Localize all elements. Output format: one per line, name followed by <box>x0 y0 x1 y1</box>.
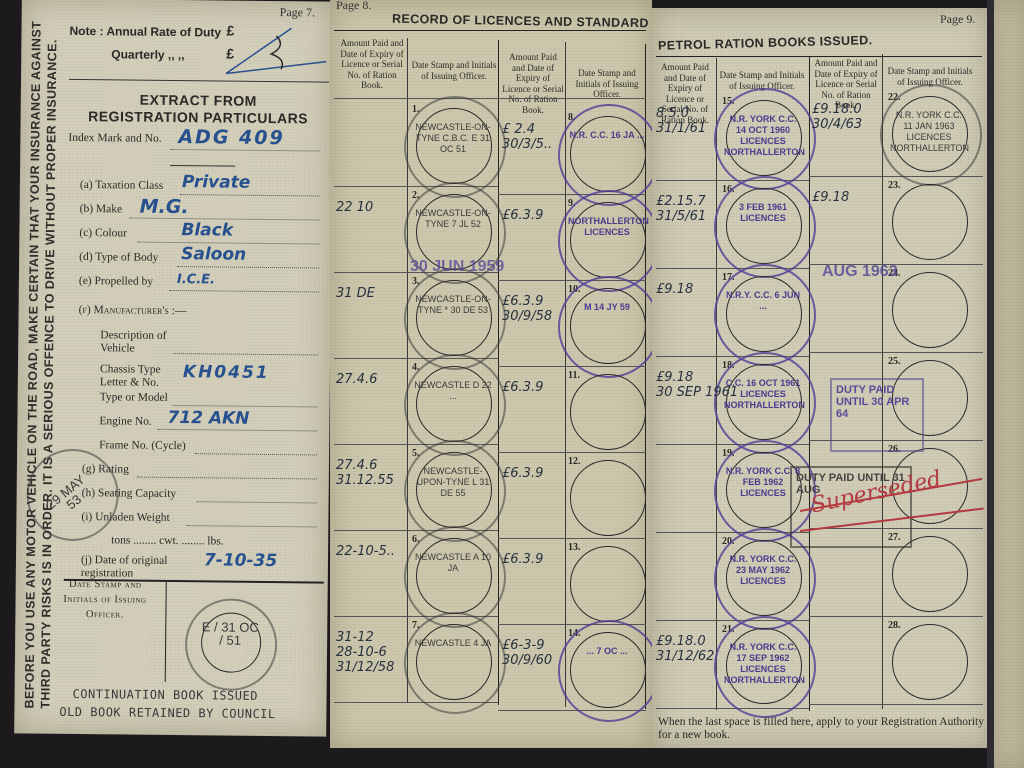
amount-paid: £6.3.9 <box>502 208 543 223</box>
stamp-text: N.R. C.C. 16 JA ... <box>568 130 646 141</box>
amount-paid: £9.18 <box>656 282 693 297</box>
dotted-line <box>180 193 320 196</box>
page-10-edge <box>994 0 1024 768</box>
field-propelled-by: (e) Propelled by <box>79 275 153 288</box>
field-label: (a) Taxation Class <box>80 179 163 192</box>
field-taxation-class: (a) Taxation Class <box>80 179 163 192</box>
dotted-line <box>173 404 318 408</box>
slot-number: 11. <box>568 370 580 381</box>
field-value-body-type: Saloon <box>181 244 246 265</box>
field-label: (e) Propelled by <box>79 275 153 288</box>
council-date-stamp <box>558 276 660 378</box>
field-engine-no: Engine No. <box>99 415 152 428</box>
slot-number: 25. <box>888 356 901 367</box>
date-stamp-label: Date Stamp and Initials of Issuing Offic… <box>57 577 152 623</box>
overstamp-aug: AUG 1963 <box>822 263 898 281</box>
amount-paid: £6-3-9 30/9/60 <box>502 638 552 668</box>
stamp-circle <box>570 374 646 450</box>
stamp-circle <box>892 624 968 700</box>
field-label: Chassis Type Letter & No. <box>100 363 161 389</box>
amount-paid: £6.3.9 <box>502 380 543 395</box>
field-value-propelled-by: I.C.E. <box>177 272 215 287</box>
amount-paid: 31 DE <box>336 286 375 301</box>
stamp-text: NEWCASTLE A 10 JA <box>414 552 492 574</box>
slot-number: 28. <box>888 620 901 631</box>
field-index-mark: Index Mark and No. <box>68 132 161 145</box>
stamp-text: NEWCASTLE 4 JA <box>414 638 492 649</box>
record-title: RECORD OF LICENCES AND STANDARD <box>392 12 649 30</box>
stamp-text: ... 7 OC ... <box>568 646 646 657</box>
council-date-stamp <box>714 264 816 366</box>
divider <box>165 582 167 682</box>
footer-instruction: When the last space is filled here, appl… <box>658 716 984 742</box>
column-header-amount: Amount Paid and Date of Expiry of Licenc… <box>340 38 404 91</box>
field-label: tons ........ cwt. ........ lbs. <box>111 534 224 547</box>
dotted-line <box>177 265 319 268</box>
slot-number: 12. <box>568 456 581 467</box>
field-value-make: M.G. <box>140 196 189 219</box>
stamp-text: N.R. YORK C.C. 23 MAY 1962 LICENCES <box>724 554 802 587</box>
row-rule <box>498 538 646 539</box>
stamp-text: N.R.Y. C.C. 6 JUN ... <box>724 290 802 312</box>
dotted-line <box>169 289 319 293</box>
field-label: (b) Make <box>80 203 123 215</box>
field-description: Description of Vehicle <box>100 329 170 356</box>
field-label: (d) Type of Body <box>79 251 158 264</box>
row-rule <box>656 56 982 57</box>
amount-paid: £9.18 <box>812 190 849 205</box>
row-rule <box>334 30 646 31</box>
stamp-text: NEWCASTLE D 22 ... <box>414 380 492 402</box>
council-stamp-date: E / 31 OC / 51 <box>201 620 259 647</box>
amount-paid: £2.15.7 31/5/61 <box>656 194 706 224</box>
slot-number: 13. <box>568 542 581 553</box>
amount-paid: £9.18.0 30/4/63 <box>812 102 862 132</box>
dotted-line <box>173 352 318 356</box>
field-weight-units: tons ........ cwt. ........ lbs. <box>111 534 224 547</box>
stamp-text: M 14 JY 59 <box>568 302 646 313</box>
dotted-line <box>137 476 317 480</box>
stamp-text: N.R. YORK C.C. 11 JAN 1963 LICENCES NORT… <box>890 110 968 154</box>
stamp-text: NORTHALLERTON LICENCES <box>568 216 646 238</box>
continuation-note-line-2: OLD BOOK RETAINED BY COUNCIL <box>59 705 275 721</box>
annual-duty-label: Note : Annual Rate of Duty <box>69 24 221 40</box>
row-rule <box>809 616 983 617</box>
amount-paid: 27.4.6 <box>336 372 377 387</box>
page-9-petrol-ration: Page 9. PETROL RATION BOOKS ISSUED. Amou… <box>652 8 990 748</box>
stamp-text: NEWCASTLE-UPON-TYNE L 31 DE 55 <box>414 466 492 499</box>
amount-paid: 27.4.6 31.12.55 <box>336 458 394 488</box>
pen-strike-icon <box>221 15 332 81</box>
row-rule <box>809 704 983 705</box>
field-value-index-mark: ADG 409 <box>178 126 285 149</box>
field-type-model: Type or Model <box>100 391 168 404</box>
stamp-circle <box>892 184 968 260</box>
field-manufacturers: (f) Manufacturer's :— <box>79 304 187 317</box>
column-header-stamp: Date Stamp and Initials of Issuing Offic… <box>568 68 646 100</box>
field-chassis: Chassis Type Letter & No. <box>100 363 178 390</box>
slot-number: 23. <box>888 180 901 191</box>
amount-paid: 22 10 <box>336 200 373 215</box>
field-value-colour: Black <box>181 220 233 241</box>
field-value-original-registration: 7-10-35 <box>204 550 277 571</box>
stamp-text: N.R. YORK C.C. 17 SEP 1962 LICENCES NORT… <box>724 642 802 686</box>
field-label: Index Mark and No. <box>68 132 161 145</box>
field-value-taxation-class: Private <box>182 172 251 193</box>
amount-paid: 8.5.0 31/1/61 <box>656 106 706 136</box>
field-label: (j) Date of original registration <box>81 554 168 580</box>
page-number: Page 8. <box>336 0 371 13</box>
stamp-text: NEWCASTLE-ON-TYNE C.B.C. E 31 OC 51 <box>414 122 492 155</box>
petrol-ration-title: PETROL RATION BOOKS ISSUED. <box>658 33 873 53</box>
amount-paid: £6.3.9 30/9/58 <box>502 294 552 324</box>
field-body-type: (d) Type of Body <box>79 251 158 264</box>
column-header-stamp: Date Stamp and Initials of Issuing Offic… <box>410 60 498 81</box>
council-date-stamp <box>558 620 660 722</box>
amount-paid: £9.18.0 31/12/62 <box>656 634 714 664</box>
amount-paid: £6.3.9 <box>502 466 543 481</box>
stamp-circle <box>892 272 968 348</box>
quarterly-duty-label: Quarterly ,, ,, <box>111 47 185 62</box>
extract-title-line-2: REGISTRATION PARTICULARS <box>76 108 321 128</box>
continuation-note-line-1: CONTINUATION BOOK ISSUED <box>73 687 259 703</box>
amount-paid: £6.3.9 <box>502 552 543 567</box>
field-value-chassis: KH0451 <box>183 362 270 383</box>
amount-paid: 22-10-5.. <box>336 544 395 559</box>
stamp-text: 3 FEB 1961 LICENCES <box>724 202 802 224</box>
row-rule <box>334 98 646 99</box>
page-8-licence-record: Page 8. RECORD OF LICENCES AND STANDARD … <box>330 0 652 748</box>
council-date-stamp <box>714 176 816 278</box>
stamp-text: NEWCASTLE-ON-TYNE 7 JL 52 <box>414 208 492 230</box>
amount-paid: 31-12 28-10-6 31/12/58 <box>336 630 394 675</box>
field-label: (f) Manufacturer's :— <box>79 304 187 317</box>
field-colour: (c) Colour <box>79 227 127 239</box>
row-rule <box>498 452 646 453</box>
extract-title: EXTRACT FROM REGISTRATION PARTICULARS <box>76 91 321 128</box>
column-header-amount: Amount Paid and Date of Expiry of Licenc… <box>502 52 564 115</box>
duty-paid-stamp-1: DUTY PAID UNTIL 30 APR 64 <box>830 378 924 452</box>
divider <box>170 165 235 167</box>
overstamp-date: 30 JUN 1959 <box>410 258 504 276</box>
page-number: Page 9. <box>940 12 975 27</box>
field-frame-no: Frame No. (Cycle) <box>99 439 186 452</box>
field-make: (b) Make <box>80 203 123 215</box>
field-value-engine-no: 712 AKN <box>167 408 249 429</box>
stamp-text: N.R. YORK C.C. 14 OCT 1960 LICENCES NORT… <box>724 114 802 158</box>
field-label: Engine No. <box>99 415 152 428</box>
dotted-line <box>195 452 317 455</box>
dotted-line <box>186 524 316 527</box>
field-label: Type or Model <box>100 391 168 404</box>
field-label: Description of Vehicle <box>100 329 166 354</box>
amount-paid: £9.18 30 SEP 1961 <box>656 370 738 400</box>
amount-paid: £ 2.4 30/3/5.. <box>502 122 552 152</box>
stamp-circle <box>570 460 646 536</box>
row-rule <box>809 352 983 353</box>
field-label: Frame No. (Cycle) <box>99 439 186 452</box>
stamp-text: NEWCASTLE-ON-TYNE * 30 DE 53 <box>414 294 492 316</box>
council-date-stamp <box>404 612 506 714</box>
stamp-circle <box>570 546 646 622</box>
dotted-line <box>197 500 317 503</box>
page-7-registration-extract: BEFORE YOU USE ANY MOTOR VEHICLE ON THE … <box>14 0 334 737</box>
field-label: (c) Colour <box>79 227 127 239</box>
